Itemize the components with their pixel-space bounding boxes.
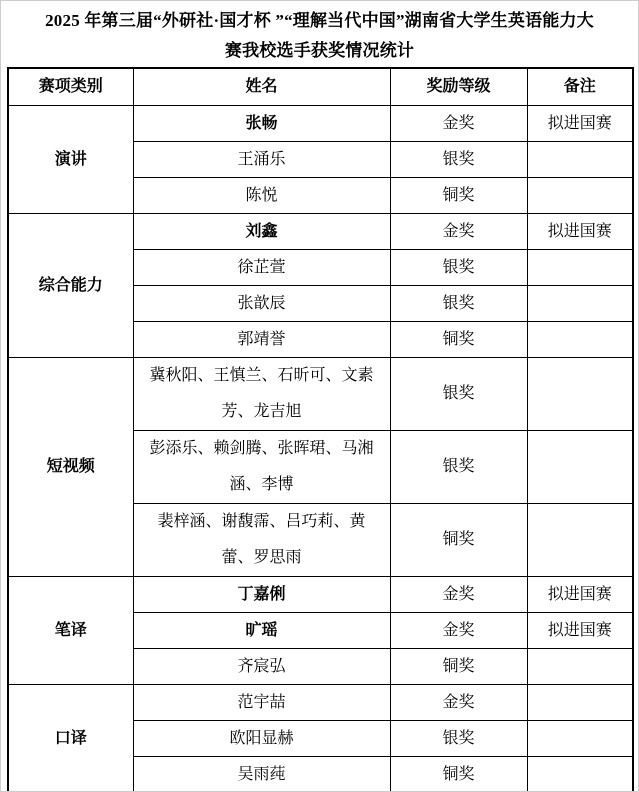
note-cell <box>527 249 633 285</box>
name-cell: 陈悦 <box>133 177 390 213</box>
note-cell: 拟进国赛 <box>527 612 633 648</box>
table-row: 笔译丁嘉俐金奖拟进国赛 <box>8 576 633 612</box>
award-cell: 金奖 <box>390 213 527 249</box>
title-line-2: 赛我校选手获奖情况统计 <box>1 36 638 66</box>
name-cell: 冀秋阳、王慎兰、石昕可、文素芳、龙吉旭 <box>133 357 390 430</box>
name-cell: 郭靖誉 <box>133 321 390 357</box>
note-cell <box>527 648 633 684</box>
category-cell: 演讲 <box>8 105 133 213</box>
note-cell <box>527 177 633 213</box>
award-cell: 银奖 <box>390 249 527 285</box>
note-cell <box>527 430 633 503</box>
name-cell: 范宇喆 <box>133 684 390 720</box>
header-row: 赛项类别 姓名 奖励等级 备注 <box>8 68 633 105</box>
note-cell <box>527 321 633 357</box>
name-cell: 徐芷萱 <box>133 249 390 285</box>
award-cell: 铜奖 <box>390 756 527 792</box>
award-cell: 铜奖 <box>390 177 527 213</box>
note-cell <box>527 756 633 792</box>
award-cell: 银奖 <box>390 141 527 177</box>
award-cell: 金奖 <box>390 684 527 720</box>
award-cell: 银奖 <box>390 430 527 503</box>
note-cell: 拟进国赛 <box>527 576 633 612</box>
award-cell: 金奖 <box>390 105 527 141</box>
award-cell: 金奖 <box>390 576 527 612</box>
category-cell: 口译 <box>8 684 133 792</box>
category-cell: 笔译 <box>8 576 133 684</box>
table-row: 演讲张畅金奖拟进国赛 <box>8 105 633 141</box>
name-cell: 张歆辰 <box>133 285 390 321</box>
award-cell: 铜奖 <box>390 503 527 576</box>
header-category: 赛项类别 <box>8 68 133 105</box>
category-cell: 综合能力 <box>8 213 133 357</box>
awards-table: 赛项类别 姓名 奖励等级 备注 演讲张畅金奖拟进国赛王涌乐银奖陈悦铜奖综合能力刘… <box>7 67 634 792</box>
category-cell: 短视频 <box>8 357 133 576</box>
table-row: 综合能力刘鑫金奖拟进国赛 <box>8 213 633 249</box>
note-cell: 拟进国赛 <box>527 105 633 141</box>
note-cell <box>527 141 633 177</box>
name-cell: 吴雨莼 <box>133 756 390 792</box>
award-cell: 金奖 <box>390 612 527 648</box>
table-row: 口译范宇喆金奖 <box>8 684 633 720</box>
name-cell: 齐宸弘 <box>133 648 390 684</box>
name-cell: 丁嘉俐 <box>133 576 390 612</box>
award-cell: 银奖 <box>390 357 527 430</box>
header-name: 姓名 <box>133 68 390 105</box>
header-award: 奖励等级 <box>390 68 527 105</box>
award-cell: 银奖 <box>390 285 527 321</box>
name-cell: 刘鑫 <box>133 213 390 249</box>
title-line-1: 2025 年第三届“外研社·国才杯 ”“理解当代中国”湖南省大学生英语能力大 <box>1 6 638 36</box>
note-cell: 拟进国赛 <box>527 213 633 249</box>
document-title: 2025 年第三届“外研社·国才杯 ”“理解当代中国”湖南省大学生英语能力大 赛… <box>1 1 638 67</box>
name-cell: 裴梓涵、谢馥霈、吕巧莉、黄蕾、罗思雨 <box>133 503 390 576</box>
header-note: 备注 <box>527 68 633 105</box>
award-cell: 铜奖 <box>390 321 527 357</box>
note-cell <box>527 503 633 576</box>
award-cell: 铜奖 <box>390 648 527 684</box>
name-cell: 欧阳显赫 <box>133 720 390 756</box>
name-cell: 彭添乐、赖剑腾、张晖珺、马湘涵、李博 <box>133 430 390 503</box>
note-cell <box>527 357 633 430</box>
name-cell: 王涌乐 <box>133 141 390 177</box>
table-row: 短视频冀秋阳、王慎兰、石昕可、文素芳、龙吉旭银奖 <box>8 357 633 430</box>
note-cell <box>527 720 633 756</box>
name-cell: 张畅 <box>133 105 390 141</box>
note-cell <box>527 684 633 720</box>
name-cell: 旷瑶 <box>133 612 390 648</box>
note-cell <box>527 285 633 321</box>
award-cell: 银奖 <box>390 720 527 756</box>
document-page: 2025 年第三届“外研社·国才杯 ”“理解当代中国”湖南省大学生英语能力大 赛… <box>0 0 639 792</box>
